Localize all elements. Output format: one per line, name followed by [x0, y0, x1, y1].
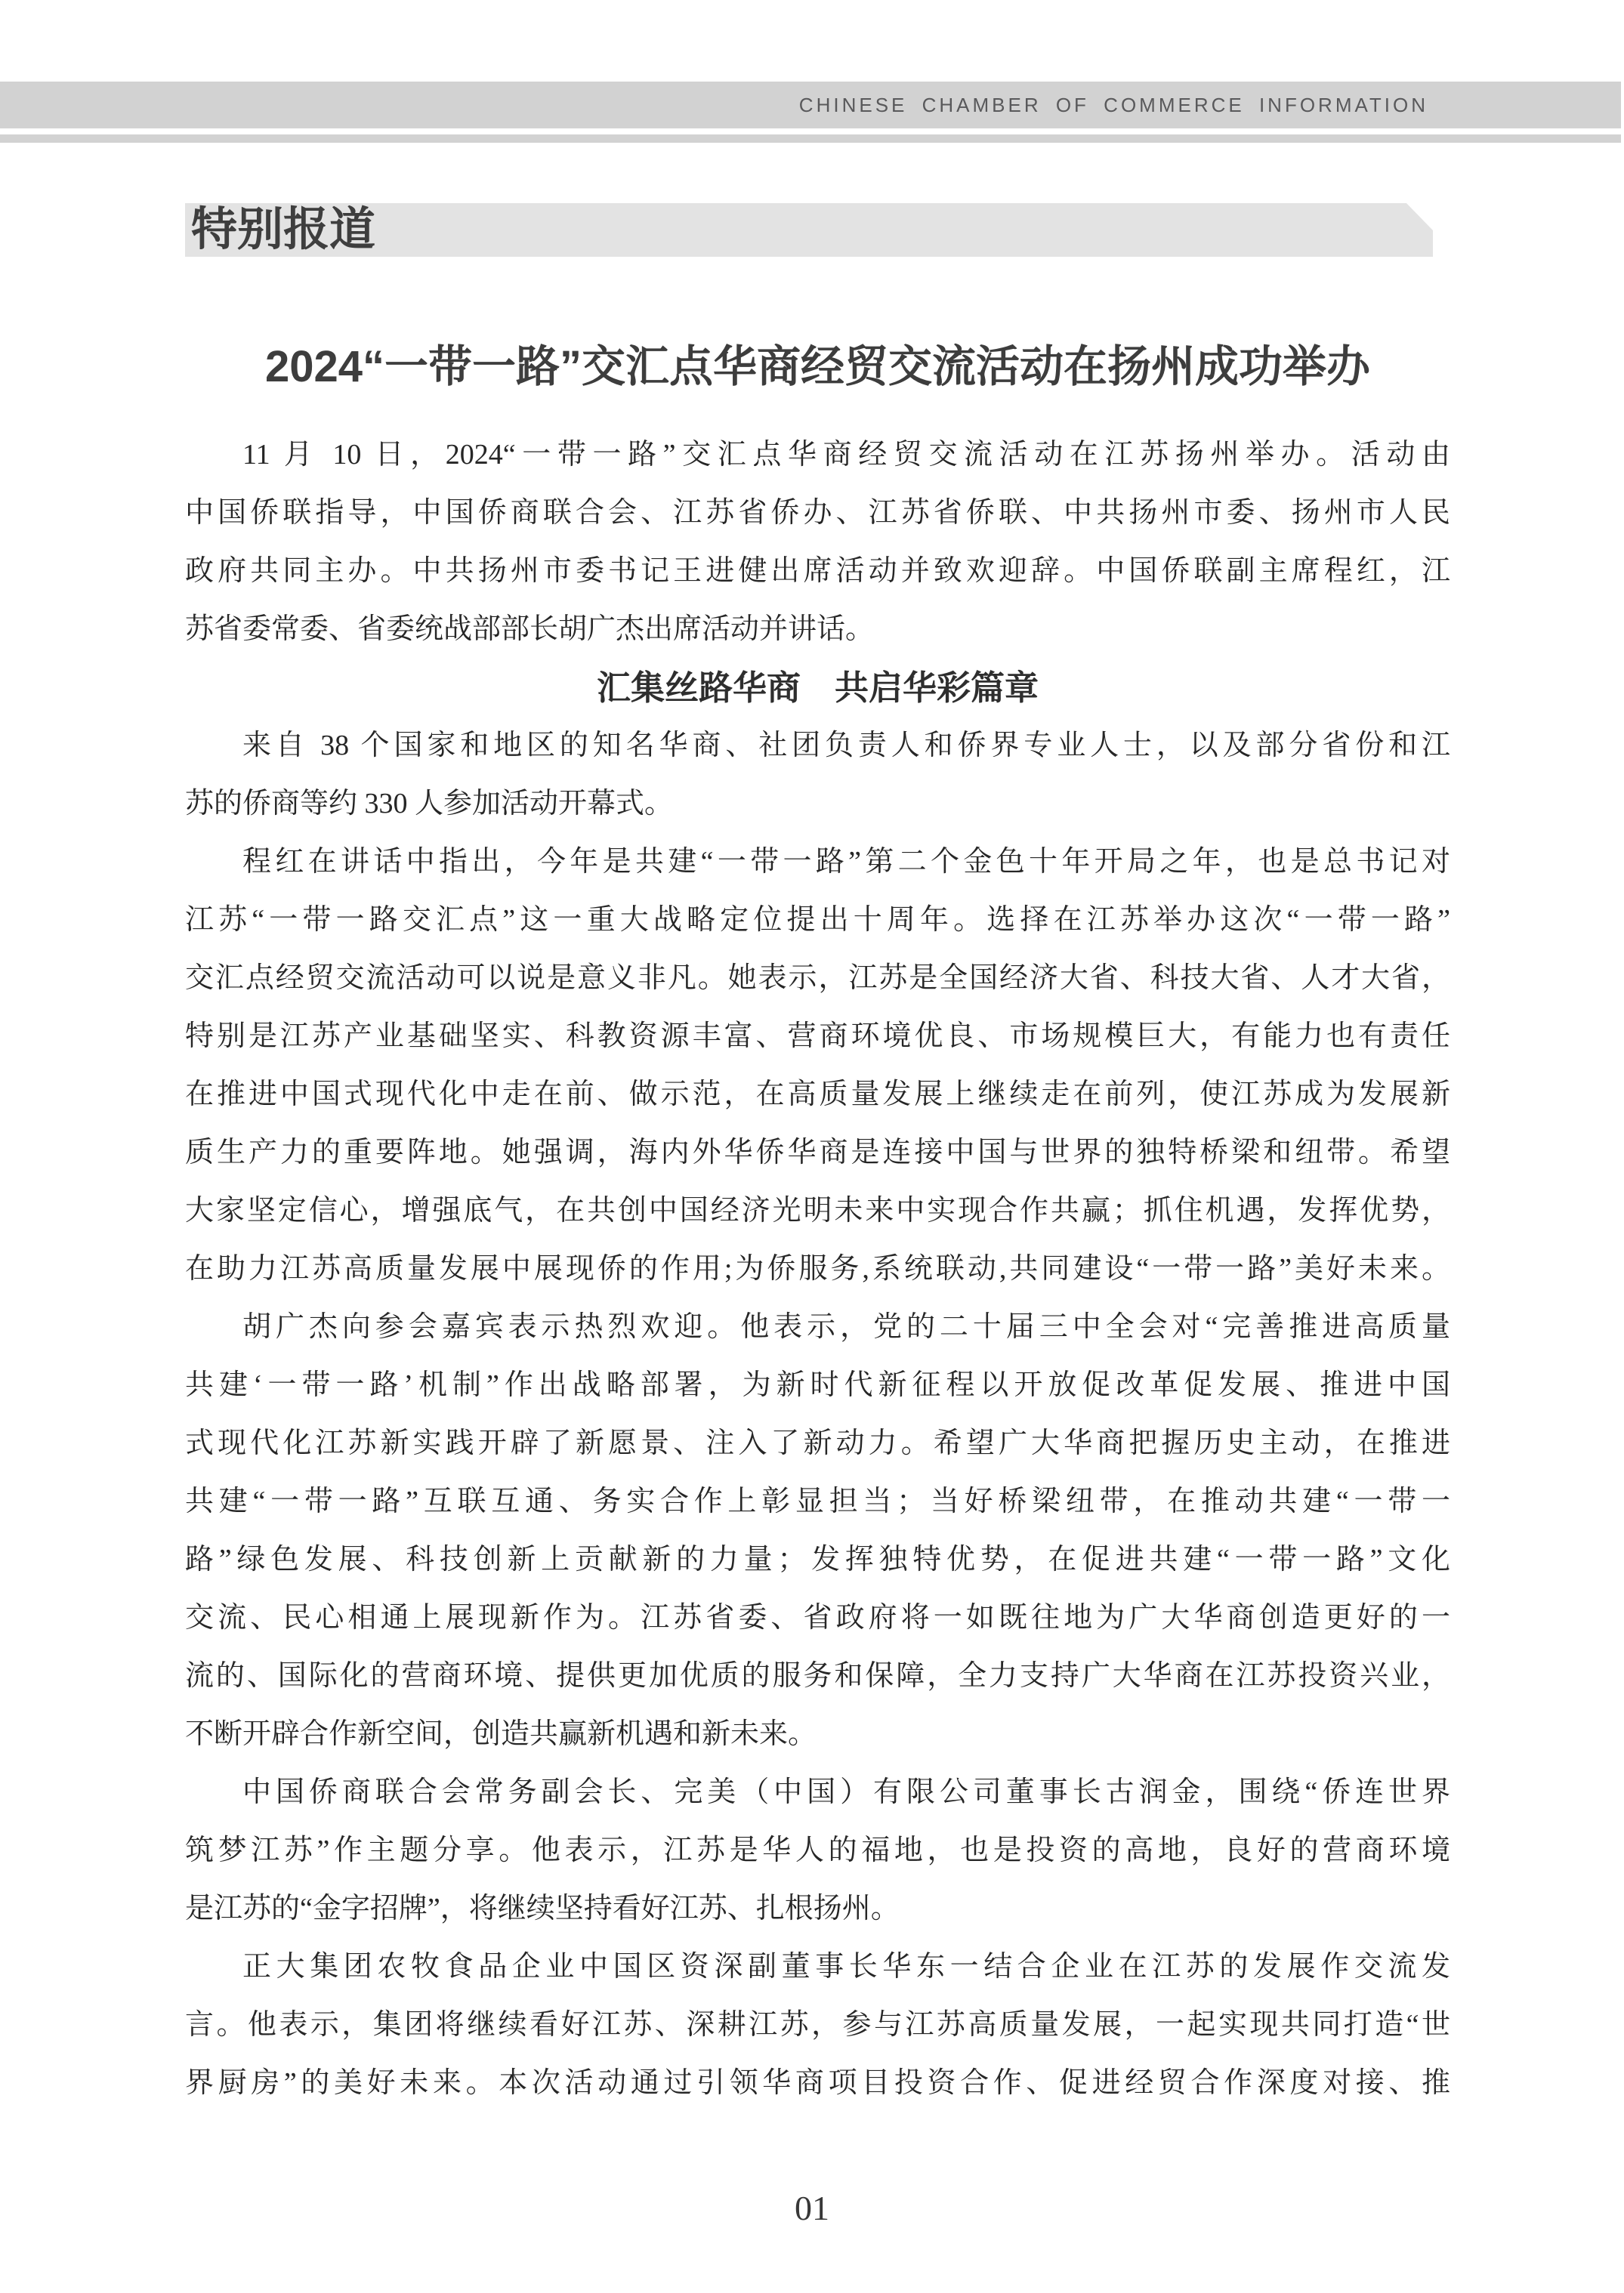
paragraph: 中国侨商联合会常务副会长、完美（中国）有限公司董事长古润金，围绕“侨连世界 筑梦… [185, 1764, 1450, 1938]
paragraph-line: 在助力江苏高质量发展中展现侨的作用;为侨服务,系统联动,共同建设“一带一路”美好… [185, 1240, 1450, 1298]
masthead-band: CHINESE CHAMBER OF COMMERCE INFORMATION [0, 82, 1621, 128]
paragraph-line: 不断开辟合作新空间，创造共赢新机遇和新未来。 [185, 1705, 1450, 1764]
section-banner-label: 特别报道 [185, 203, 1433, 257]
article-title: 2024“一带一路”交汇点华商经贸交流活动在扬州成功举办 [185, 335, 1450, 399]
paragraph-line: 苏省委常委、省委统战部部长胡广杰出席活动并讲话。 [185, 600, 1450, 659]
paragraph-line: 江苏“一带一路交汇点”这一重大战略定位提出十周年。选择在江苏举办这次“一带一路” [185, 891, 1450, 949]
paragraph-line: 苏的侨商等约 330 人参加活动开幕式。 [185, 775, 1450, 833]
paragraph-line: 质生产力的重要阵地。她强调，海内外华侨华商是连接中国与世界的独特桥梁和纽带。希望 [185, 1124, 1450, 1182]
paragraph-line: 来自 38 个国家和地区的知名华商、社团负责人和侨界专业人士，以及部分省份和江 [185, 717, 1450, 775]
paragraph: 11 月 10 日，2024“一带一路”交汇点华商经贸交流活动在江苏扬州举办。活… [185, 426, 1450, 659]
masthead-text: CHINESE CHAMBER OF COMMERCE INFORMATION [799, 82, 1428, 128]
paragraph-line: 界厨房”的美好未来。本次活动通过引领华商项目投资合作、促进经贸合作深度对接、推 [185, 2054, 1450, 2112]
paragraph-line: 筑梦江苏”作主题分享。他表示，江苏是华人的福地，也是投资的高地，良好的营商环境 [185, 1822, 1450, 1880]
paragraph-line: 11 月 10 日，2024“一带一路”交汇点华商经贸交流活动在江苏扬州举办。活… [185, 426, 1450, 484]
paragraph-line: 中国侨商联合会常务副会长、完美（中国）有限公司董事长古润金，围绕“侨连世界 [185, 1764, 1450, 1822]
paragraph-line: 言。他表示，集团将继续看好江苏、深耕江苏，参与江苏高质量发展，一起实现共同打造“… [185, 1996, 1450, 2054]
section-banner: 特别报道 [185, 203, 1433, 257]
paragraph-line: 流的、国际化的营商环境、提供更加优质的服务和保障，全力支持广大华商在江苏投资兴业… [185, 1647, 1450, 1705]
paragraph-line: 在推进中国式现代化中走在前、做示范，在高质量发展上继续走在前列，使江苏成为发展新 [185, 1066, 1450, 1124]
paragraph: 胡广杰向参会嘉宾表示热烈欢迎。他表示，党的二十届三中全会对“完善推进高质量 共建… [185, 1298, 1450, 1764]
paragraph-line: 程红在讲话中指出，今年是共建“一带一路”第二个金色十年开局之年，也是总书记对 [185, 833, 1450, 891]
paragraph-line: 中国侨联指导，中国侨商联合会、江苏省侨办、江苏省侨联、中共扬州市委、扬州市人民 [185, 484, 1450, 542]
paragraph-line: 路”绿色发展、科技创新上贡献新的力量；发挥独特优势，在促进共建“一带一路”文化 [185, 1531, 1450, 1589]
page: CHINESE CHAMBER OF COMMERCE INFORMATION … [0, 0, 1624, 2293]
paragraph-line: 大家坚定信心，增强底气，在共创中国经济光明未来中实现合作共赢；抓住机遇，发挥优势… [185, 1182, 1450, 1240]
paragraph-line: 共建‘一带一路’机制”作出战略部署，为新时代新征程以开放促改革促发展、推进中国 [185, 1356, 1450, 1415]
paragraph: 来自 38 个国家和地区的知名华商、社团负责人和侨界专业人士，以及部分省份和江 … [185, 717, 1450, 833]
page-number: 01 [0, 2189, 1624, 2228]
paragraph-line: 正大集团农牧食品企业中国区资深副董事长华东一结合企业在江苏的发展作交流发 [185, 1938, 1450, 1996]
paragraph-line: 特别是江苏产业基础坚实、科教资源丰富、营商环境优良、市场规模巨大，有能力也有责任 [185, 1008, 1450, 1066]
paragraph-line: 交流、民心相通上展现新作为。江苏省委、省政府将一如既往地为广大华商创造更好的一 [185, 1589, 1450, 1647]
article: 2024“一带一路”交汇点华商经贸交流活动在扬州成功举办 11 月 10 日，2… [185, 335, 1450, 2112]
paragraph-line: 胡广杰向参会嘉宾表示热烈欢迎。他表示，党的二十届三中全会对“完善推进高质量 [185, 1298, 1450, 1356]
paragraph-line: 交汇点经贸交流活动可以说是意义非凡。她表示，江苏是全国经济大省、科技大省、人才大… [185, 949, 1450, 1008]
paragraph: 程红在讲话中指出，今年是共建“一带一路”第二个金色十年开局之年，也是总书记对 江… [185, 833, 1450, 1298]
paragraph-line: 共建“一带一路”互联互通、务实合作上彰显担当；当好桥梁纽带，在推动共建“一带一 [185, 1473, 1450, 1531]
paragraph: 正大集团农牧食品企业中国区资深副董事长华东一结合企业在江苏的发展作交流发 言。他… [185, 1938, 1450, 2112]
article-body: 11 月 10 日，2024“一带一路”交汇点华商经贸交流活动在江苏扬州举办。活… [185, 426, 1450, 2112]
paragraph-line: 式现代化江苏新实践开辟了新愿景、注入了新动力。希望广大华商把握历史主动，在推进 [185, 1415, 1450, 1473]
paragraph-line: 政府共同主办。中共扬州市委书记王进健出席活动并致欢迎辞。中国侨联副主席程红，江 [185, 542, 1450, 600]
article-subheading: 汇集丝路华商 共启华彩篇章 [185, 659, 1450, 717]
paragraph-line: 是江苏的“金字招牌”，将继续坚持看好江苏、扎根扬州。 [185, 1880, 1450, 1938]
masthead-strip [0, 134, 1621, 143]
